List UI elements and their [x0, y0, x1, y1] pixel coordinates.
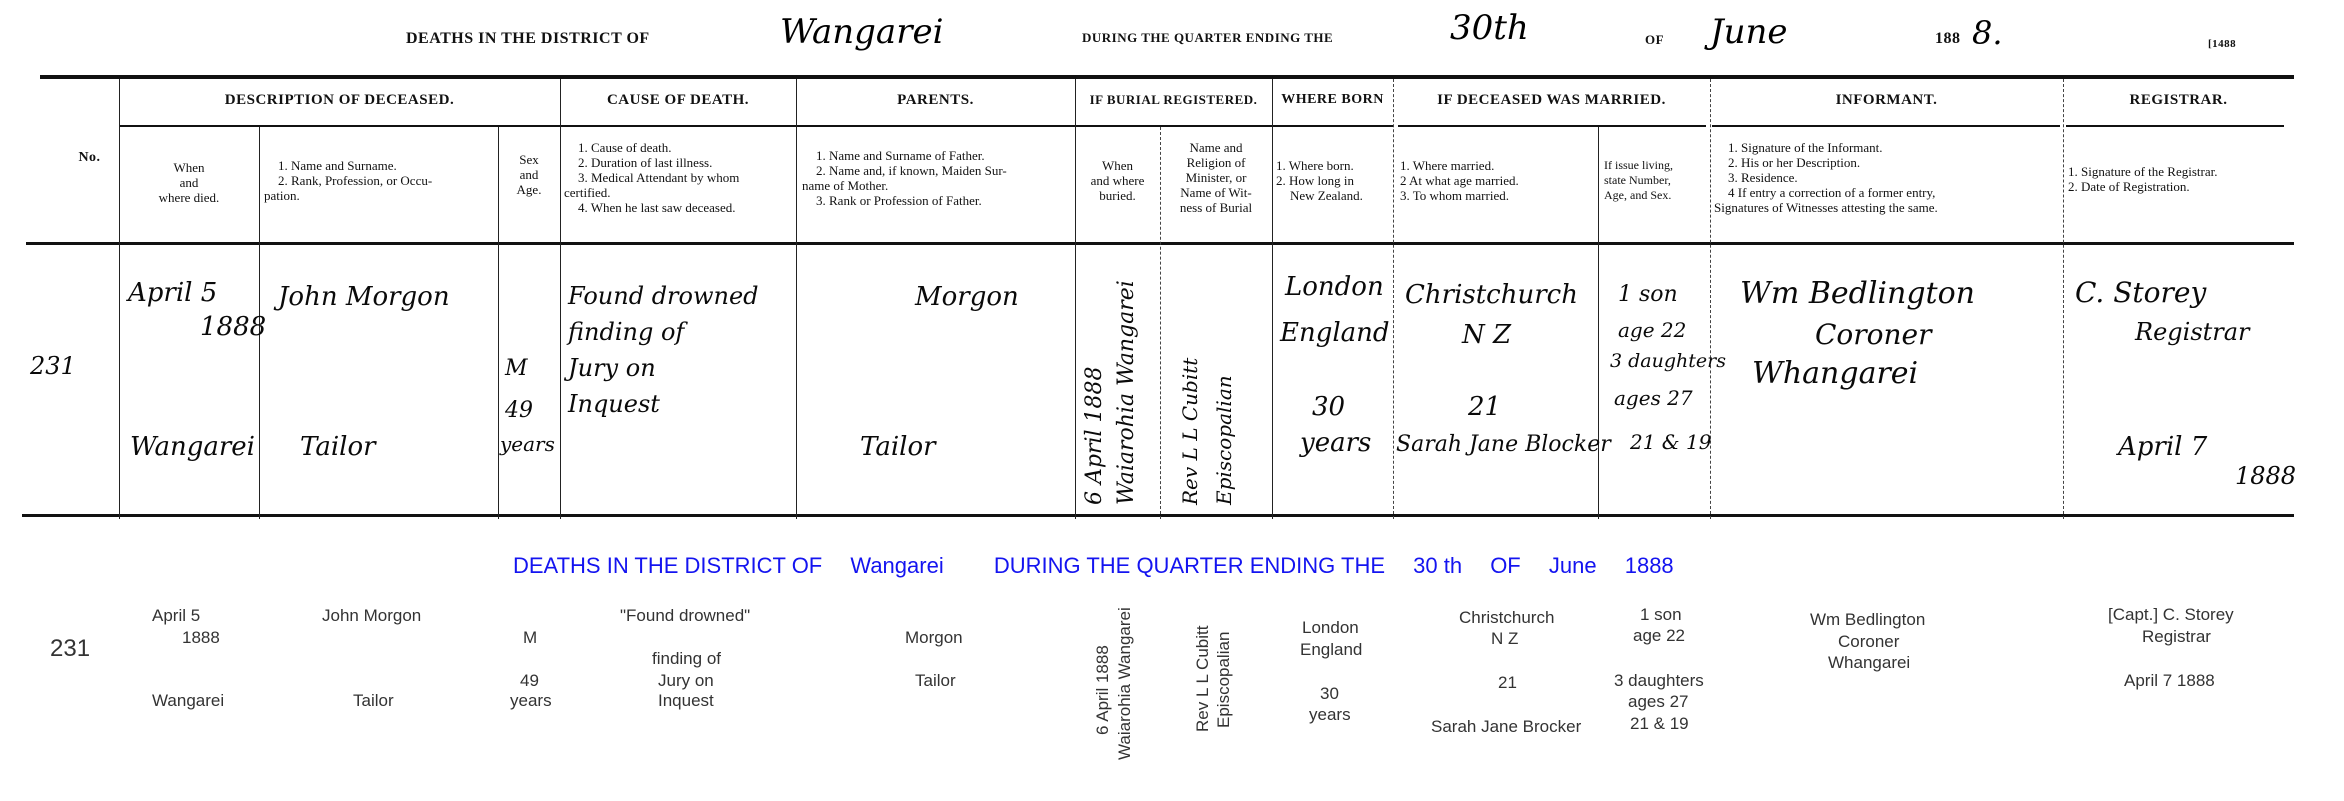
hw-entry-number: 231 — [30, 352, 76, 380]
hw-father-occupation: Tailor — [860, 432, 936, 462]
tr-age: 49 — [520, 670, 539, 691]
tr-issue-2: age 22 — [1633, 625, 1685, 646]
tr-issue-6: 21 & 19 — [1630, 713, 1689, 734]
transcription-title-of: OF — [1490, 553, 1521, 578]
tr-married-where-2: N Z — [1491, 628, 1518, 649]
subheader-when-where-died: When and where died. — [119, 160, 259, 205]
hw-age-unit: years — [500, 432, 555, 456]
group-header-parents: PARENTS. — [796, 92, 1075, 109]
tr-born-2: England — [1300, 639, 1362, 660]
hw-issue-4: ages 27 — [1614, 386, 1693, 410]
tr-married-where-1: Christchurch — [1459, 607, 1554, 628]
tr-cause-3: Inquest — [658, 690, 714, 711]
group-header-informant: INFORMANT. — [1710, 92, 2063, 109]
transcription-title-district-label: DEATHS IN THE DISTRICT OF — [513, 553, 822, 578]
hw-sex: M — [505, 356, 528, 381]
hw-burial-where: Waiarohia Wangarei — [1114, 280, 1139, 505]
subheader-sex-age: Sex and Age. — [498, 152, 560, 197]
tr-issue-5: ages 27 — [1628, 691, 1689, 712]
tr-registrar-1: [Capt.] C. Storey — [2108, 604, 2234, 625]
hw-religion: Episcopalian — [1212, 375, 1236, 505]
col-line-parents — [1075, 79, 1076, 519]
hw-born-place: London — [1285, 272, 1384, 302]
col-line-no — [119, 79, 120, 519]
group-header-married: IF DECEASED WAS MARRIED. — [1393, 92, 1710, 109]
tr-where-died: Wangarei — [152, 690, 224, 711]
hw-cause-3: Jury on — [568, 354, 656, 382]
hw-age: 49 — [505, 398, 533, 423]
transcription-title-day: 30 th — [1413, 553, 1462, 578]
hw-occupation: Tailor — [300, 432, 376, 462]
group-header-where-born: WHERE BORN — [1272, 92, 1393, 108]
col-line-married — [1598, 127, 1599, 519]
group-header-description: DESCRIPTION OF DECEASED. — [119, 92, 560, 109]
hw-years-in-nz: 30 — [1312, 392, 1345, 422]
hw-years-in-nz-unit: years — [1300, 428, 1371, 458]
subheader-registrar: 1. Signature of the Registrar. 2. Date o… — [2068, 164, 2292, 194]
tr-sex: M — [523, 627, 537, 648]
tr-father-occupation: Tailor — [915, 670, 956, 691]
rule-group-informant — [1712, 125, 2060, 127]
hw-married-where-2: N Z — [1462, 320, 1511, 350]
group-header-registrar: REGISTRAR. — [2063, 92, 2294, 109]
hw-name: John Morgon — [278, 282, 450, 312]
col-header-no: No. — [60, 150, 119, 166]
hw-registrar-signature: C. Storey — [2075, 276, 2206, 309]
tr-cause-1: finding of — [652, 648, 721, 669]
hw-informant-desc: Coroner — [1815, 318, 1932, 351]
tr-informant-1: Wm Bedlington — [1810, 609, 1925, 630]
tr-burial-when: 6 April 1888 — [1092, 645, 1113, 735]
transcription-title-year: 1888 — [1625, 553, 1674, 578]
col-line-cause — [796, 79, 797, 519]
hw-issue-3: 3 daughters — [1610, 350, 1726, 372]
hw-issue-1: 1 son — [1618, 282, 1678, 307]
col-line-where-born — [1393, 79, 1394, 519]
hw-born-country: England — [1280, 318, 1390, 348]
tr-entry-number: 231 — [50, 638, 90, 659]
transcription-title-quarter-label: DURING THE QUARTER ENDING THE — [994, 553, 1385, 578]
title-month-handwritten: June — [1710, 12, 1788, 52]
rule-group-registrar — [2066, 125, 2284, 127]
tr-married-to: Sarah Jane Brocker — [1431, 716, 1581, 737]
hw-married-age: 21 — [1468, 392, 1501, 422]
subheader-when-where-buried: When and where buried. — [1075, 158, 1160, 203]
tr-issue-1: 1 son — [1640, 604, 1682, 625]
hw-cause-4: Inquest — [568, 390, 660, 418]
rule-row-bottom — [22, 514, 2294, 517]
subheader-informant: 1. Signature of the Informant. 2. His or… — [1714, 140, 2062, 215]
tr-informant-2: Coroner — [1838, 631, 1899, 652]
transcription-title: DEATHS IN THE DISTRICT OF Wangarei DURIN… — [513, 553, 1696, 579]
tr-minister: Rev L L Cubitt — [1192, 626, 1213, 732]
form-number: [1488 — [2208, 38, 2236, 50]
tr-name: John Morgon — [322, 605, 421, 626]
subheader-issue: If issue living, state Number, Age, and … — [1604, 158, 1710, 203]
title-of-label: OF — [1645, 32, 1664, 48]
tr-married-age: 21 — [1498, 672, 1517, 693]
tr-issue-4: 3 daughters — [1614, 670, 1704, 691]
tr-informant-3: Whangarei — [1828, 652, 1910, 673]
tr-age-unit: years — [510, 690, 552, 711]
tr-years-in-nz-unit: years — [1309, 704, 1351, 725]
hw-when-died-year: 1888 — [200, 312, 266, 342]
hw-issue-5: 21 & 19 — [1630, 430, 1711, 454]
tr-when-died: April 5 — [152, 605, 200, 626]
subheader-name-rank: 1. Name and Surname. 2. Rank, Profession… — [264, 158, 496, 203]
transcription-title-district: Wangarei — [850, 553, 943, 578]
tr-years-in-nz: 30 — [1320, 683, 1339, 704]
tr-cause-2: Jury on — [658, 670, 714, 691]
tr-registrar-2: Registrar — [2142, 626, 2211, 647]
tr-father: Morgon — [905, 627, 963, 648]
subheader-where-born: 1. Where born. 2. How long in New Zealan… — [1276, 158, 1392, 203]
group-header-burial: IF BURIAL REGISTERED. — [1075, 92, 1272, 108]
hw-minister: Rev L L Cubitt — [1178, 358, 1202, 505]
title-district-handwritten: Wangarei — [780, 12, 943, 52]
col-line-sex — [560, 79, 561, 519]
hw-married-to: Sarah Jane Blocker — [1396, 432, 1611, 457]
title-during-quarter: DURING THE QUARTER ENDING THE — [1082, 30, 1333, 46]
tr-burial-where: Waiarohia Wangarei — [1114, 607, 1135, 760]
group-header-cause: CAUSE OF DEATH. — [560, 92, 796, 109]
hw-informant-name: Wm Bedlington — [1740, 276, 1975, 311]
hw-registration-year: 1888 — [2235, 462, 2296, 490]
hw-registrar-title: Registrar — [2135, 318, 2250, 346]
tr-registration-date: April 7 1888 — [2124, 670, 2215, 691]
transcription-title-month: June — [1549, 553, 1597, 578]
hw-burial-when: 6 April 1888 — [1082, 366, 1107, 505]
title-year-prefix: 188 — [1935, 30, 1961, 48]
title-deaths-in-district: DEATHS IN THE DISTRICT OF — [406, 30, 650, 48]
rule-group-married — [1398, 125, 1706, 127]
subheader-married: 1. Where married. 2 At what age married.… — [1400, 158, 1596, 203]
col-line-burial — [1272, 79, 1273, 519]
tr-cause-quote: "Found drowned" — [620, 605, 750, 626]
tr-occupation: Tailor — [353, 690, 394, 711]
subheader-minister: Name and Religion of Minister, or Name o… — [1160, 140, 1272, 215]
hw-when-died: April 5 — [128, 278, 217, 308]
rule-group-left — [119, 125, 1393, 127]
hw-where-died: Wangarei — [130, 432, 255, 462]
title-day-handwritten: 30th — [1450, 8, 1529, 48]
col-line-informant — [2063, 79, 2064, 519]
hw-registration-date: April 7 — [2118, 432, 2207, 462]
hw-married-where: Christchurch — [1405, 280, 1578, 310]
subheader-parents: 1. Name and Surname of Father. 2. Name a… — [802, 148, 1074, 208]
subheader-cause: 1. Cause of death. 2. Duration of last i… — [564, 140, 794, 215]
tr-born-1: London — [1302, 617, 1359, 638]
hw-cause-2: finding of — [568, 318, 684, 346]
tr-religion: Episcopalian — [1213, 632, 1234, 728]
tr-when-died-year: 1888 — [182, 627, 220, 648]
rule-top-thick — [40, 75, 2294, 79]
hw-informant-residence: Whangarei — [1752, 356, 1918, 391]
hw-issue-2: age 22 — [1618, 318, 1686, 342]
hw-father: Morgon — [915, 282, 1019, 312]
hw-cause-1: Found drowned — [568, 282, 759, 310]
title-year-digit-handwritten: 8. — [1972, 14, 2003, 52]
